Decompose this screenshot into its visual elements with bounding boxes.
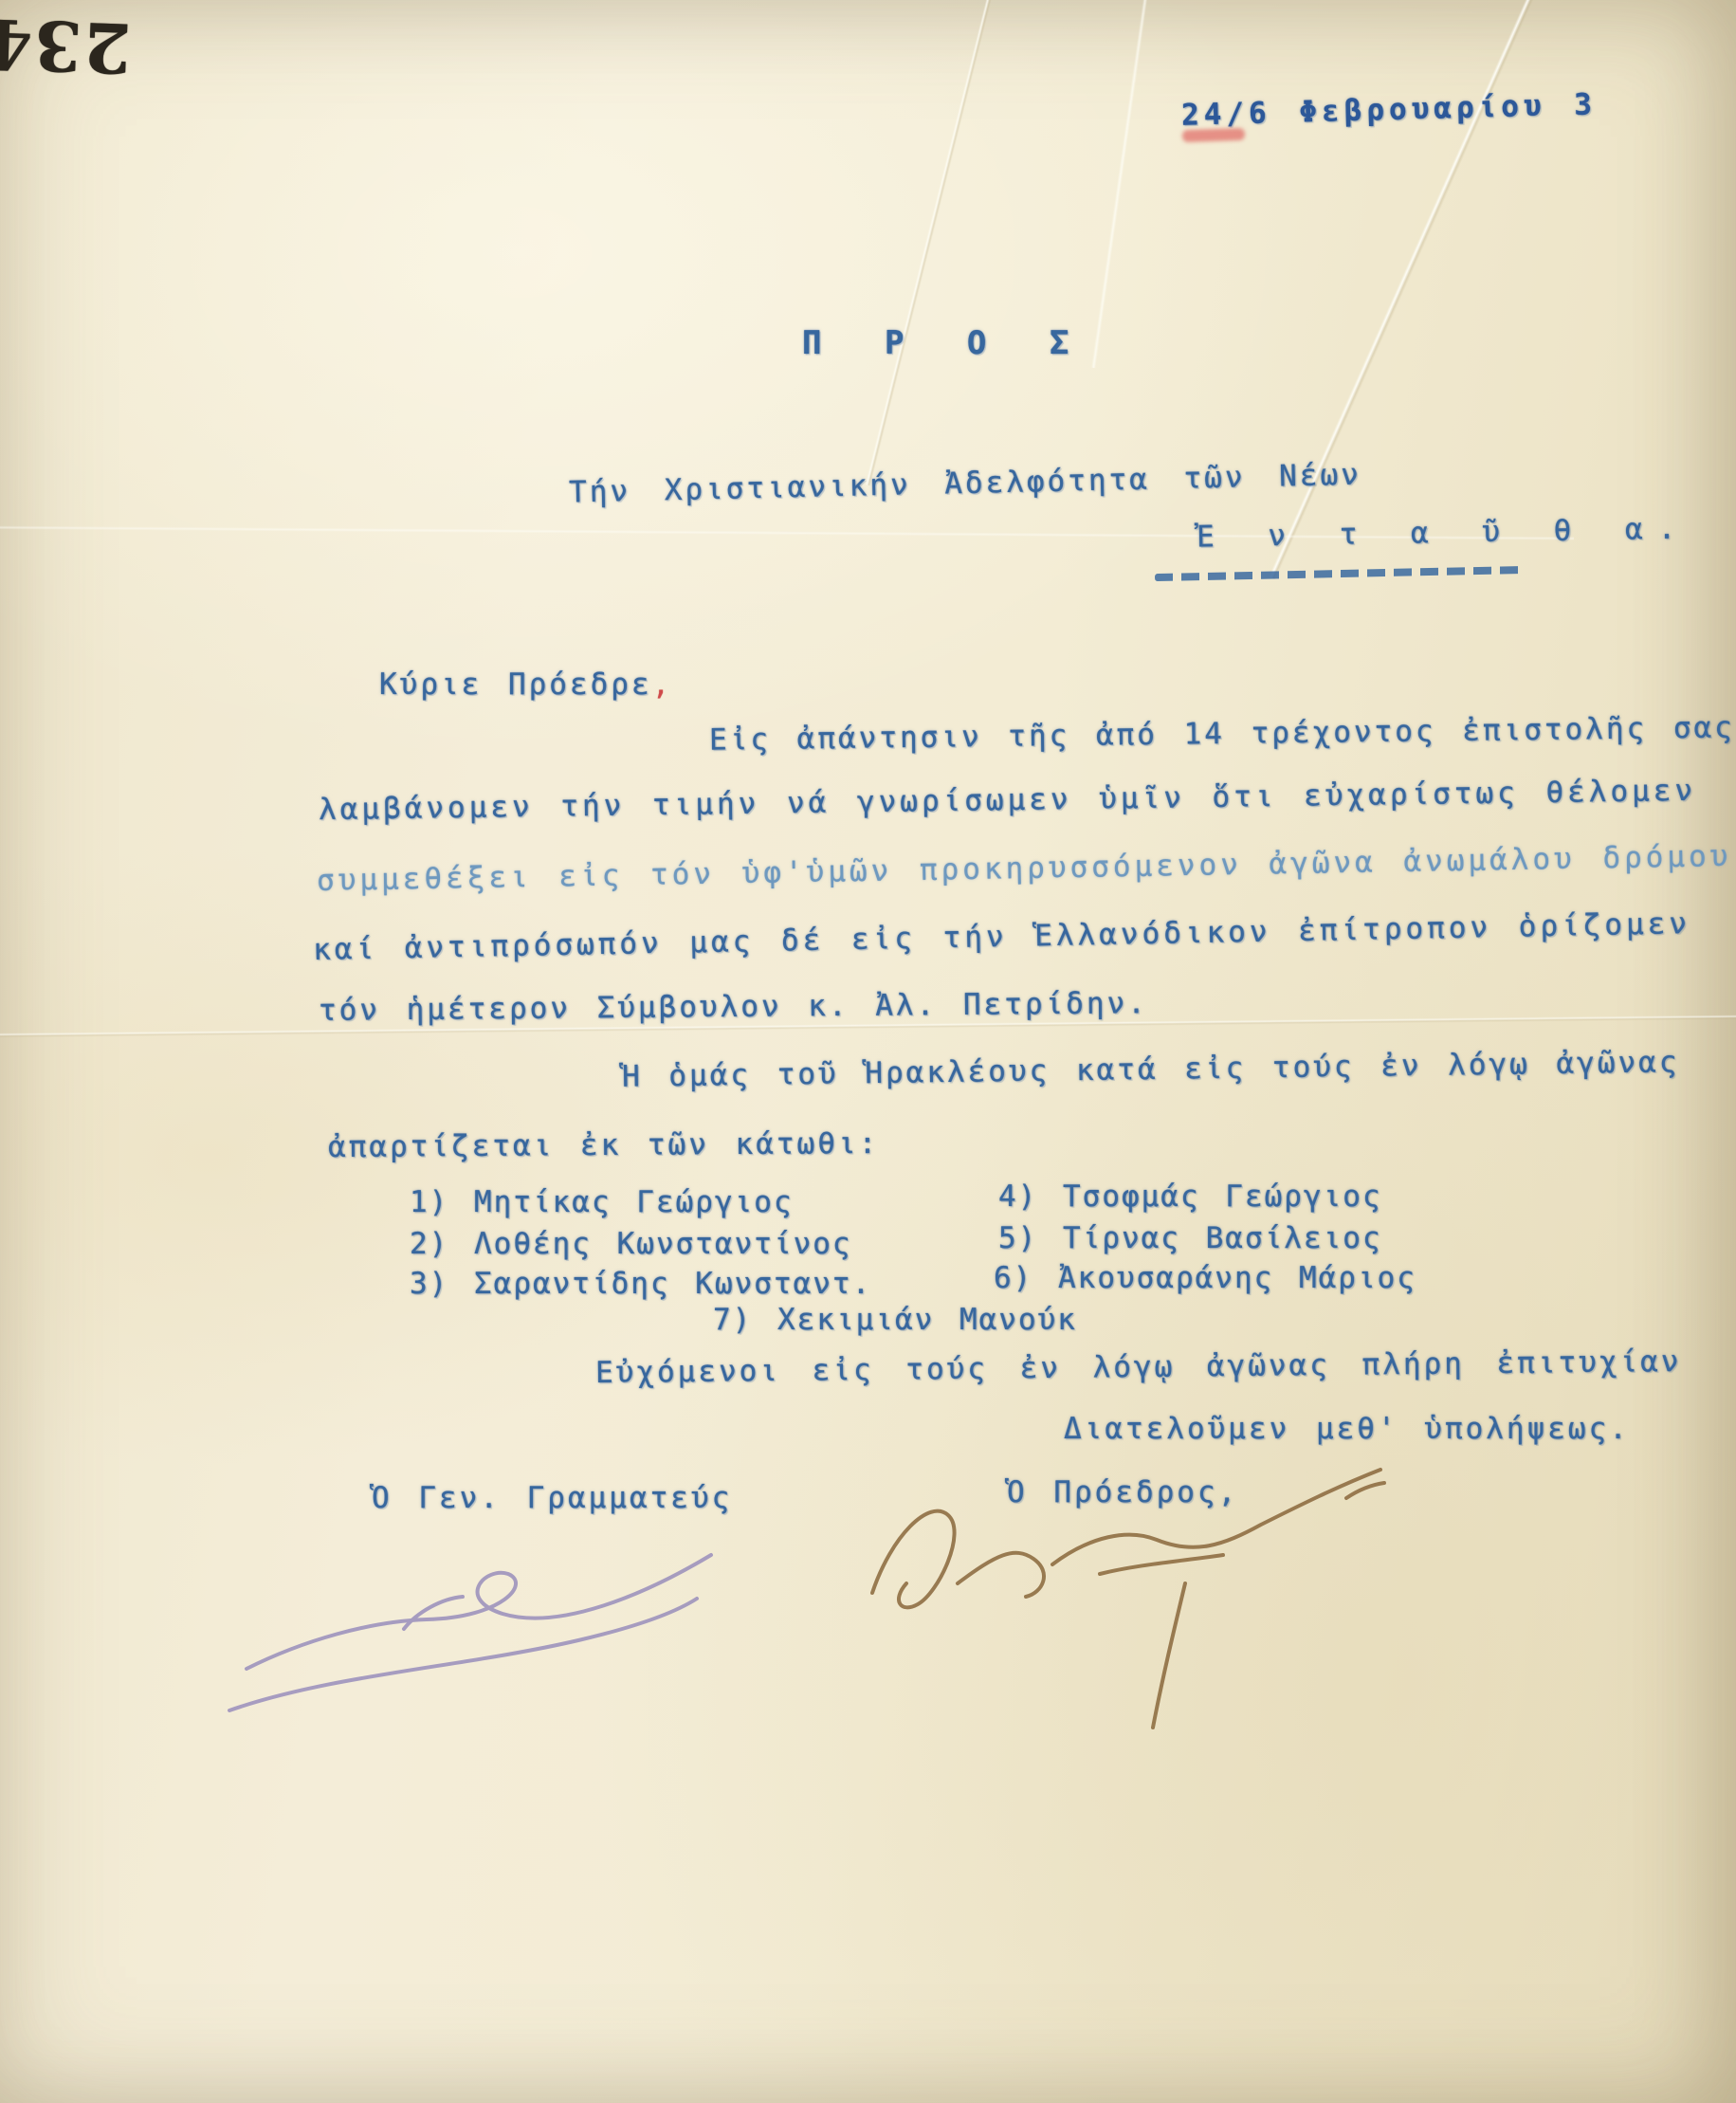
letter-heading: Π Ρ Ο Σ xyxy=(802,324,1087,362)
roster-item: 7) Χεκιμιάν Μανούκ xyxy=(713,1303,1077,1337)
body-line-2: λαμβάνομεν τήν τιμήν νά γνωρίσωμεν ὑμῖν … xyxy=(319,774,1697,827)
roster-item: 6) Ἀκουσαράνης Μάριος xyxy=(994,1261,1416,1295)
recipient-place: Ἐ ν τ α ῦ θ α. xyxy=(1197,511,1691,554)
body-line-1: Εἰς ἀπάντησιν τῆς ἀπό 14 τρέχοντος ἐπιστ… xyxy=(709,710,1735,757)
typed-dashed-underline xyxy=(1155,566,1526,581)
paper-crease xyxy=(1091,0,1151,368)
recipient-line: Τήν Χριστιανικήν Ἀδελφότητα τῶν Νέων xyxy=(569,458,1361,510)
roster-item: 5) Τίρνας Βασίλειος xyxy=(998,1221,1382,1255)
date-line: 24/6 Φεβρουαρίου 3 xyxy=(1181,87,1598,132)
closing-line-1: Εὐχόμενοι εἰς τούς ἐν λόγῳ ἀγῶνας πλήρη … xyxy=(595,1344,1682,1390)
secretary-signature xyxy=(218,1508,749,1726)
roster-item: 1) Μητίκας Γεώργιος xyxy=(410,1185,794,1219)
salutation-comma: , xyxy=(652,667,674,702)
secretary-signature-strokes xyxy=(218,1508,749,1726)
body-line-4: καί ἀντιπρόσωπόν μας δέ εἰς τήν Ἑλλανόδι… xyxy=(313,906,1691,967)
page-number-stamp: 234 xyxy=(0,3,133,88)
roster-item: 3) Σαραντίδης Κωνσταντ. xyxy=(410,1267,871,1301)
paper-crease xyxy=(865,0,998,485)
salutation-text: Κύριε Πρόεδρε xyxy=(379,667,652,702)
salutation: Κύριε Πρόεδρε, xyxy=(379,667,673,702)
body-line-3: συμμεθέξει εἰς τόν ὑφ'ὑμῶν προκηρυσσόμεν… xyxy=(317,839,1732,898)
roster-item: 2) Λοθέης Κωνσταντίνος xyxy=(410,1227,852,1261)
body-line-5: τόν ἡμέτερον Σύμβουλον κ. Ἀλ. Πετρίδην. xyxy=(319,986,1148,1028)
president-signature xyxy=(815,1441,1422,1754)
letter-page: 234 24/6 Φεβρουαρίου 3 Π Ρ Ο Σ Τήν Χριστ… xyxy=(0,0,1736,2103)
red-ribbon-ghost xyxy=(1182,128,1245,142)
roster-item: 4) Τσοφμάς Γεώργιος xyxy=(998,1180,1382,1214)
team-line-2: ἀπαρτίζεται ἐκ τῶν κάτωθι: xyxy=(328,1126,880,1164)
team-line-1: Ἡ ὁμάς τοῦ Ἡρακλέους κατά εἰς τούς ἐν λό… xyxy=(622,1045,1680,1094)
president-signature-strokes xyxy=(815,1441,1422,1754)
